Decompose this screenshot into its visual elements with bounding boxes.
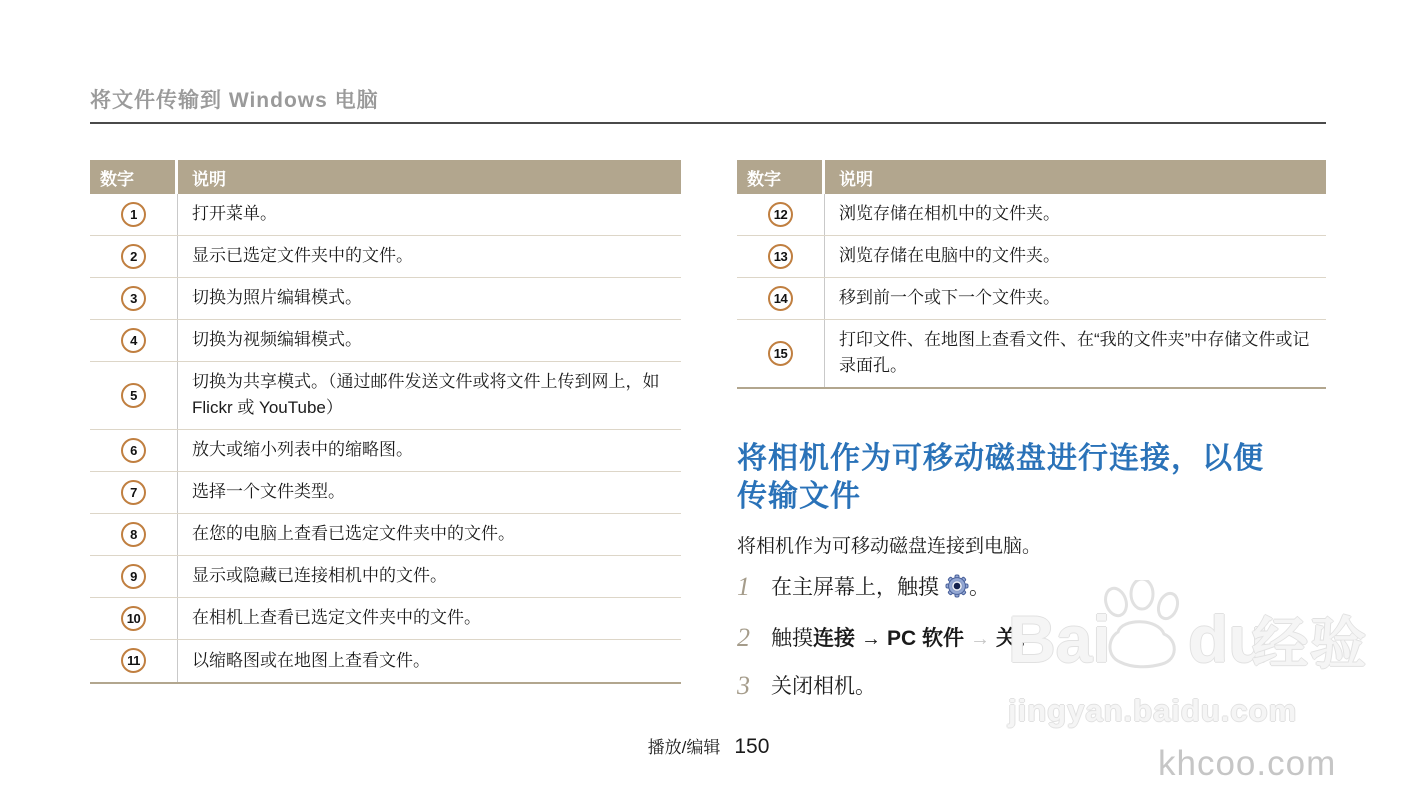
circled-number: 8	[121, 522, 146, 547]
row-description: 显示或隐藏已连接相机中的文件。	[178, 556, 681, 596]
row-description: 切换为共享模式。（通过邮件发送文件或将文件上传到网上，如 Flickr 或 Yo…	[178, 362, 681, 429]
table-header-row: 数字 说明	[737, 160, 1326, 194]
section-heading-line1: 将相机作为可移动磁盘进行连接，以便	[737, 440, 1337, 478]
table-row: 14 移到前一个或下一个文件夹。	[737, 278, 1326, 320]
row-description: 浏览存储在相机中的文件夹。	[825, 194, 1326, 234]
circled-number: 9	[121, 564, 146, 589]
table-row: 3 切换为照片编辑模式。	[90, 278, 681, 320]
table-row: 13 浏览存储在电脑中的文件夹。	[737, 236, 1326, 278]
legend-table-right: 数字 说明 12 浏览存储在相机中的文件夹。 13 浏览存储在电脑中的文件夹。 …	[737, 160, 1326, 389]
step-1-text: 在主屏幕上，触摸	[771, 576, 939, 599]
khcoo-url-watermark: khcoo.com	[1158, 744, 1336, 784]
table-row: 8 在您的电脑上查看已选定文件夹中的文件。	[90, 514, 681, 556]
arrow-icon: →	[964, 628, 996, 650]
step-3-text: 关闭相机。	[761, 673, 876, 701]
circled-number: 10	[121, 606, 146, 631]
jingyan-url-watermark: jingyan.baidu.com	[1008, 692, 1297, 729]
row-description: 切换为照片编辑模式。	[178, 278, 681, 318]
section-connect-removable-disk: 将相机作为可移动磁盘进行连接，以便 传输文件 将相机作为可移动磁盘连接到电脑。 …	[737, 440, 1337, 720]
circled-number: 4	[121, 328, 146, 353]
table-row: 11 以缩略图或在地图上查看文件。	[90, 640, 681, 682]
footer-page-number: 150	[734, 735, 769, 759]
row-description: 浏览存储在电脑中的文件夹。	[825, 236, 1326, 276]
step-2-text: 触摸	[771, 627, 813, 650]
column-header-number: 数字	[737, 160, 825, 194]
row-description: 打开菜单。	[178, 194, 681, 234]
circled-number: 3	[121, 286, 146, 311]
page-header: 将文件传输到 Windows 电脑	[90, 84, 1326, 124]
circled-number: 14	[768, 286, 793, 311]
row-description: 切换为视频编辑模式。	[178, 320, 681, 360]
footer-chapter-label: 播放/编辑	[648, 733, 721, 758]
settings-gear-icon	[945, 574, 969, 606]
table-row: 12 浏览存储在相机中的文件夹。	[737, 194, 1326, 236]
page-header-title: 将文件传输到 Windows 电脑	[90, 84, 1326, 114]
circled-number: 1	[121, 202, 146, 227]
circled-number: 11	[121, 648, 146, 673]
row-description: 移到前一个或下一个文件夹。	[825, 278, 1326, 318]
table-row: 9 显示或隐藏已连接相机中的文件。	[90, 556, 681, 598]
table-row: 4 切换为视频编辑模式。	[90, 320, 681, 362]
menu-item-connect: 连接	[813, 627, 855, 650]
menu-item-pc-software: PC 软件	[887, 627, 964, 650]
table-row: 2 显示已选定文件夹中的文件。	[90, 236, 681, 278]
row-description: 选择一个文件类型。	[178, 472, 681, 512]
step-number: 1	[737, 574, 761, 600]
arrow-icon: →	[855, 628, 887, 650]
circled-number: 12	[768, 202, 793, 227]
step-number: 2	[737, 625, 761, 651]
column-header-number: 数字	[90, 160, 178, 194]
manual-page: 将文件传输到 Windows 电脑 数字 说明 1 打开菜单。 2 显示已选定文…	[0, 0, 1417, 794]
circled-number: 7	[121, 480, 146, 505]
baidu-jingyan-watermark-text: 经验	[1252, 616, 1368, 672]
row-description: 显示已选定文件夹中的文件。	[178, 236, 681, 276]
table-row: 15 打印文件、在地图上查看文件、在“我的文件夹”中存储文件或记录面孔。	[737, 320, 1326, 387]
table-row: 6 放大或缩小列表中的缩略图。	[90, 430, 681, 472]
baidu-paw-icon	[1088, 580, 1188, 685]
circled-number: 15	[768, 341, 793, 366]
column-header-description: 说明	[178, 165, 681, 190]
row-description: 在您的电脑上查看已选定文件夹中的文件。	[178, 514, 681, 554]
circled-number: 5	[121, 383, 146, 408]
row-description: 在相机上查看已选定文件夹中的文件。	[178, 598, 681, 638]
table-row: 1 打开菜单。	[90, 194, 681, 236]
row-description: 放大或缩小列表中的缩略图。	[178, 430, 681, 470]
table-row: 5 切换为共享模式。（通过邮件发送文件或将文件上传到网上，如 Flickr 或 …	[90, 362, 681, 430]
circled-number: 2	[121, 244, 146, 269]
section-heading-line2: 传输文件	[737, 478, 1337, 516]
table-row: 7 选择一个文件类型。	[90, 472, 681, 514]
section-heading: 将相机作为可移动磁盘进行连接，以便 传输文件	[737, 440, 1337, 515]
table-row: 10 在相机上查看已选定文件夹中的文件。	[90, 598, 681, 640]
row-description: 以缩略图或在地图上查看文件。	[178, 641, 681, 681]
circled-number: 6	[121, 438, 146, 463]
step-1-suffix: 。	[969, 576, 990, 599]
row-description: 打印文件、在地图上查看文件、在“我的文件夹”中存储文件或记录面孔。	[825, 320, 1326, 387]
section-intro: 将相机作为可移动磁盘连接到电脑。	[737, 531, 1337, 558]
legend-table-left: 数字 说明 1 打开菜单。 2 显示已选定文件夹中的文件。 3 切换为照片编辑模…	[90, 160, 681, 684]
step-number: 3	[737, 673, 761, 699]
circled-number: 13	[768, 244, 793, 269]
table-header-row: 数字 说明	[90, 160, 681, 194]
column-header-description: 说明	[825, 165, 1326, 190]
